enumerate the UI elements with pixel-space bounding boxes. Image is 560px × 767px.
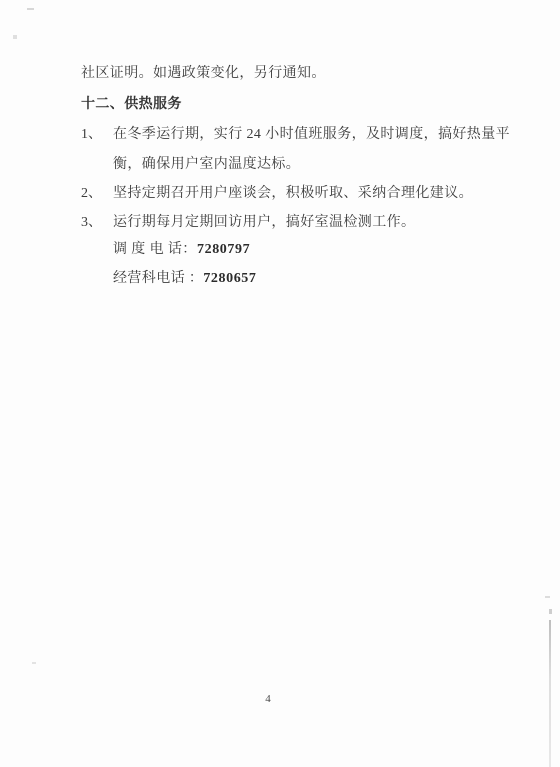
intro-paragraph: 社区证明。如遇政策变化，另行通知。 [81, 66, 326, 82]
section-heading: 十二、供热服务 [81, 97, 182, 113]
phone-line-business: 经营科电话 ：7280657 [113, 271, 257, 287]
scan-artifact [545, 596, 550, 598]
list-item-text: 衡，确保用户室内温度达标。 [113, 157, 300, 172]
phone-label: 经营科电话 ： [113, 271, 203, 287]
scan-artifact [13, 35, 17, 39]
phone-number: 7280797 [197, 242, 250, 257]
list-item-text: 运行期每月定期回访用户，搞好室温检测工作。 [113, 215, 415, 230]
list-item: 1、在冬季运行期，实行 24 小时值班服务，及时调度，搞好热量平 [81, 127, 510, 143]
list-item-continuation: 衡，确保用户室内温度达标。 [113, 157, 300, 173]
scan-artifact [549, 609, 552, 614]
list-item: 2、坚持定期召开用户座谈会，积极听取、采纳合理化建议。 [81, 186, 473, 202]
scan-artifact [27, 8, 34, 10]
scan-artifact [32, 662, 36, 664]
list-item-text: 在冬季运行期，实行 24 小时值班服务，及时调度，搞好热量平 [113, 127, 510, 142]
scan-edge-line [549, 620, 551, 767]
phone-line-dispatch: 调 度 电 话：7280797 [113, 242, 250, 258]
list-item-number: 1、 [81, 127, 113, 143]
phone-number: 7280657 [203, 271, 256, 286]
list-item-number: 2、 [81, 186, 113, 202]
page-number: 4 [258, 693, 278, 705]
phone-label: 调 度 电 话： [113, 242, 197, 258]
list-item-number: 3、 [81, 215, 113, 231]
list-item: 3、运行期每月定期回访用户，搞好室温检测工作。 [81, 215, 415, 231]
scanned-document-page: 社区证明。如遇政策变化，另行通知。 十二、供热服务 1、在冬季运行期，实行 24… [0, 0, 560, 767]
list-item-text: 坚持定期召开用户座谈会，积极听取、采纳合理化建议。 [113, 186, 473, 201]
